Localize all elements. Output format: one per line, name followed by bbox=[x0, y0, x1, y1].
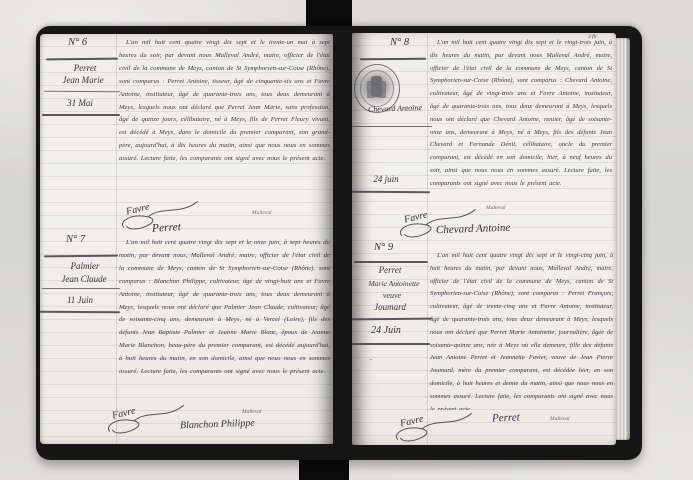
margin-rule bbox=[354, 261, 428, 263]
signature-perret: Perret bbox=[152, 221, 182, 234]
margin-name: Chevard Antoine bbox=[352, 103, 438, 115]
left-page: N° 6 Perret Jean Marie 31 Mai L'an mil h… bbox=[40, 34, 333, 444]
signature-favre: Favre bbox=[111, 405, 136, 421]
signature-perret: Perret bbox=[492, 412, 520, 425]
margin-name: Marie Antoinette bbox=[352, 279, 436, 288]
margin-date: 31 Mai bbox=[48, 98, 112, 108]
margin-date: 11 Juin bbox=[48, 295, 112, 305]
signature-flourish bbox=[394, 202, 483, 243]
margin-date: 24 juin bbox=[356, 174, 416, 184]
margin-name: Joumard bbox=[356, 302, 424, 312]
margin-name: Jean Marie bbox=[40, 75, 126, 85]
margin-name: veuve bbox=[362, 291, 422, 300]
act-number-6: N° 6 bbox=[68, 37, 87, 48]
margin-name: Jean Claude bbox=[40, 274, 128, 284]
act-8-body: L'an mil huit cent quatre vingt dix sept… bbox=[430, 37, 612, 195]
signature-flourish bbox=[390, 406, 479, 447]
margin-rule bbox=[44, 91, 120, 93]
act-number-7: N° 7 bbox=[66, 234, 85, 245]
margin-dot: . bbox=[370, 353, 372, 362]
margin-rule bbox=[352, 191, 430, 194]
margin-rule bbox=[40, 311, 120, 314]
act-number-9: N° 9 bbox=[374, 242, 393, 253]
act-6-body: L'an mil huit cent quatre vingt dix sept… bbox=[119, 37, 330, 200]
margin-rule bbox=[44, 255, 118, 258]
margin-rule bbox=[352, 126, 432, 127]
signature-favre: Favre bbox=[125, 201, 150, 217]
margin-name: Perret bbox=[50, 63, 120, 73]
margin-rule bbox=[352, 343, 430, 345]
signature-favre: Favre bbox=[399, 413, 424, 429]
signature-blanchon: Blanchon Philippe bbox=[180, 418, 255, 432]
margin-rule bbox=[42, 114, 120, 116]
signature-malleval: Malleval bbox=[252, 210, 272, 216]
act-9-body: L'an mil huit cent quatre vingt dix sept… bbox=[430, 250, 613, 410]
margin-rule bbox=[352, 318, 432, 321]
signature-malleval: Malleval bbox=[242, 409, 262, 415]
signature-malleval: Malleval bbox=[550, 416, 570, 422]
act-7-body: L'an mil huit cent quatre vingt dix sept… bbox=[119, 237, 330, 404]
margin-rule bbox=[42, 288, 120, 289]
act-number-8: N° 8 bbox=[390, 37, 409, 48]
margin-name: Perret bbox=[358, 265, 422, 275]
margin-name: Palmier bbox=[50, 261, 120, 271]
signature-chevard: Chevard Antoine bbox=[436, 222, 511, 237]
register-book-cover: N° 6 Perret Jean Marie 31 Mai L'an mil h… bbox=[36, 26, 642, 460]
margin-rule bbox=[360, 58, 426, 61]
right-page: 3 flt N° 8 Chevard Antoine 24 juin L'an … bbox=[352, 33, 616, 445]
signature-malleval: Malleval bbox=[486, 205, 506, 211]
scanned-register-background: N° 6 Perret Jean Marie 31 Mai L'an mil h… bbox=[0, 0, 693, 480]
page-edges bbox=[616, 38, 630, 440]
margin-rule bbox=[46, 58, 118, 61]
margin-date: 24 Juin bbox=[354, 325, 418, 336]
signature-favre: Favre bbox=[403, 209, 428, 225]
